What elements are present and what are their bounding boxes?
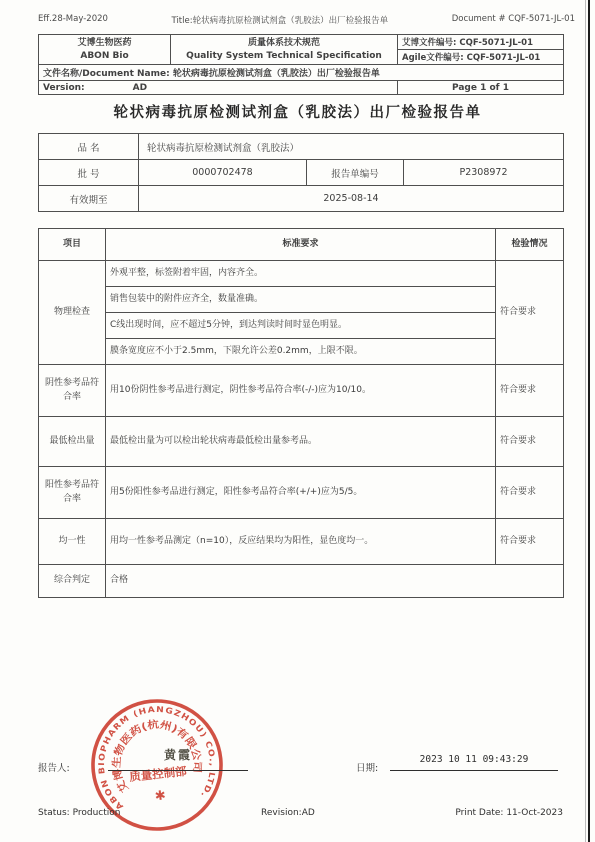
report-page: Eff.28-May-2020 Title:轮状病毒抗原检测试剂盒（乳胶法）出厂… [0,0,595,842]
effective-date: Eff.28-May-2020 [38,14,108,24]
version-value: AD [85,83,147,93]
inspection-table: 项目 标准要求 检验情况 物理检查 外观平整，标签附着牢固，内容齐全。 符合要求… [38,228,564,598]
page-indicator: Page 1 of 1 [398,81,564,95]
document-name: 文件名称/Document Name: 轮状病毒抗原检测试剂盒（乳胶法）出厂检验… [39,65,564,81]
lot-number-value: 0000702478 [139,160,307,186]
agile-doc-number: Agile文件编号: CQF-5071-JL-01 [398,50,564,65]
column-header-item: 项目 [39,229,106,261]
requirement-physical-4: 膜条宽度应不小于2.5mm，下限允许公差0.2mm，上限不限。 [106,339,496,365]
scan-edge-line [588,0,590,842]
result-physical: 符合要求 [496,261,564,365]
spec-title-en: Quality System Technical Specification [175,50,393,62]
print-status-bar: Status: Production Revision:AD Print Dat… [38,808,563,818]
spec-title-cell: 质量体系技术规范 Quality System Technical Specif… [171,35,398,65]
company-cell: 艾博生物医药 ABON Bio [39,35,171,65]
revision-text: Revision:AD [261,808,315,818]
page-title: 轮状病毒抗原检测试剂盒（乳胶法）出厂检验报告单 [0,101,595,122]
item-label-negative-ref: 阴性参考品符合率 [39,365,106,417]
lot-number-label: 批 号 [39,160,139,186]
column-header-result: 检验情况 [496,229,564,261]
item-label-positive-ref: 阳性参考品符合率 [39,467,106,519]
version-label: Version: [43,83,85,93]
product-name-value: 轮状病毒抗原检测试剂盒（乳胶法） [139,134,564,160]
requirement-physical-2: 销售包装中的附件应齐全，数量准确。 [106,287,496,313]
verdict-value: 合格 [106,565,564,598]
requirement-uniformity: 用均一性参考品测定（n=10），反应结果均为阳性，显色度均一。 [106,519,496,565]
column-header-requirement: 标准要求 [106,229,496,261]
requirement-positive-ref: 用5份阳性参考品进行测定，阳性参考品符合率(+/+)应为5/5。 [106,467,496,519]
item-label-physical: 物理检查 [39,261,106,365]
requirement-negative-ref: 用10份阴性参考品进行测定，阴性参考品符合率(-/-)应为10/10。 [106,365,496,417]
company-name-cn: 艾博生物医药 [43,37,166,49]
requirement-physical-1: 外观平整，标签附着牢固，内容齐全。 [106,261,496,287]
product-info-table: 品 名 轮状病毒抗原检测试剂盒（乳胶法） 批 号 0000702478 报告单编… [38,133,564,212]
result-uniformity: 符合要求 [496,519,564,565]
result-negative-ref: 符合要求 [496,365,564,417]
stamp-star-icon: ✱ [154,788,166,804]
meta-doc-number: Document # CQF-5071-JL-01 [452,14,575,24]
company-name-en: ABON Bio [43,50,166,62]
expiry-label: 有效期至 [39,186,139,212]
signature-line: 黄霞 [108,746,248,771]
result-positive-ref: 符合要求 [496,467,564,519]
signature-row: 报告人: 黄霞 日期: 2023 10 11 09:43:29 [38,750,563,780]
signature-name: 黄霞 [164,748,192,762]
expiry-value: 2025-08-14 [139,186,564,212]
requirement-lod: 最低检出量为可以检出轮状病毒最低检出量参考品。 [106,417,496,467]
document-header-table: 艾博生物医药 ABON Bio 质量体系技术规范 Quality System … [38,34,564,95]
product-name-label: 品 名 [39,134,139,160]
result-lod: 符合要求 [496,417,564,467]
top-meta-bar: Eff.28-May-2020 Title:轮状病毒抗原检测试剂盒（乳胶法）出厂… [38,14,575,26]
item-label-uniformity: 均一性 [39,519,106,565]
report-number-label: 报告单编号 [307,160,404,186]
reporter-label: 报告人: [38,760,70,774]
version-cell: Version:AD [39,81,398,95]
date-value: 2023 10 11 09:43:29 [390,754,558,771]
abon-doc-number: 艾博文件编号: CQF-5071-JL-01 [398,35,564,50]
report-number-value: P2308972 [404,160,564,186]
meta-title: Title:轮状病毒抗原检测试剂盒（乳胶法）出厂检验报告单 [108,14,452,26]
requirement-physical-3: C线出现时间，应不超过5分钟，到达判读时间时显色明显。 [106,313,496,339]
verdict-label: 综合判定 [39,565,106,598]
spec-title-cn: 质量体系技术规范 [175,37,393,49]
date-label: 日期: [356,760,378,774]
print-date-text: Print Date: 11-Oct-2023 [455,808,563,818]
item-label-lod: 最低检出量 [39,417,106,467]
scan-artifact-line [585,0,586,842]
status-text: Status: Production [38,808,120,818]
